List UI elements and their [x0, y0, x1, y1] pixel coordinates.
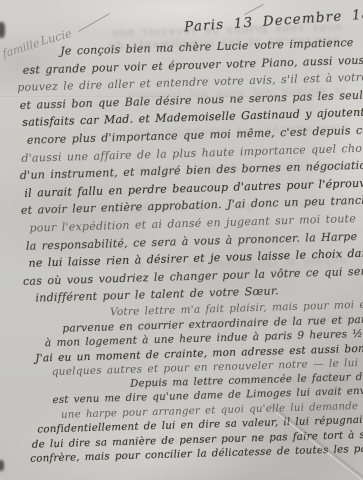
paragraph-2: Votre lettre m'a fait plaisir, mais pour…: [24, 298, 363, 381]
left-edge-ink-smudge: [0, 22, 5, 38]
letter-body: Je conçois bien ma chère Lucie votre imp…: [16, 34, 363, 467]
horizontal-fold-crease: [0, 96, 363, 98]
left-edge-ink-smudge: [0, 460, 4, 471]
paragraph-3: Depuis ma lettre commencée le facteur de…: [26, 371, 363, 468]
letter-scan-page: nous vous prions de recevoir nos assuran…: [0, 0, 363, 480]
paragraph-1: Je conçois bien ma chère Lucie votre imp…: [16, 34, 363, 308]
